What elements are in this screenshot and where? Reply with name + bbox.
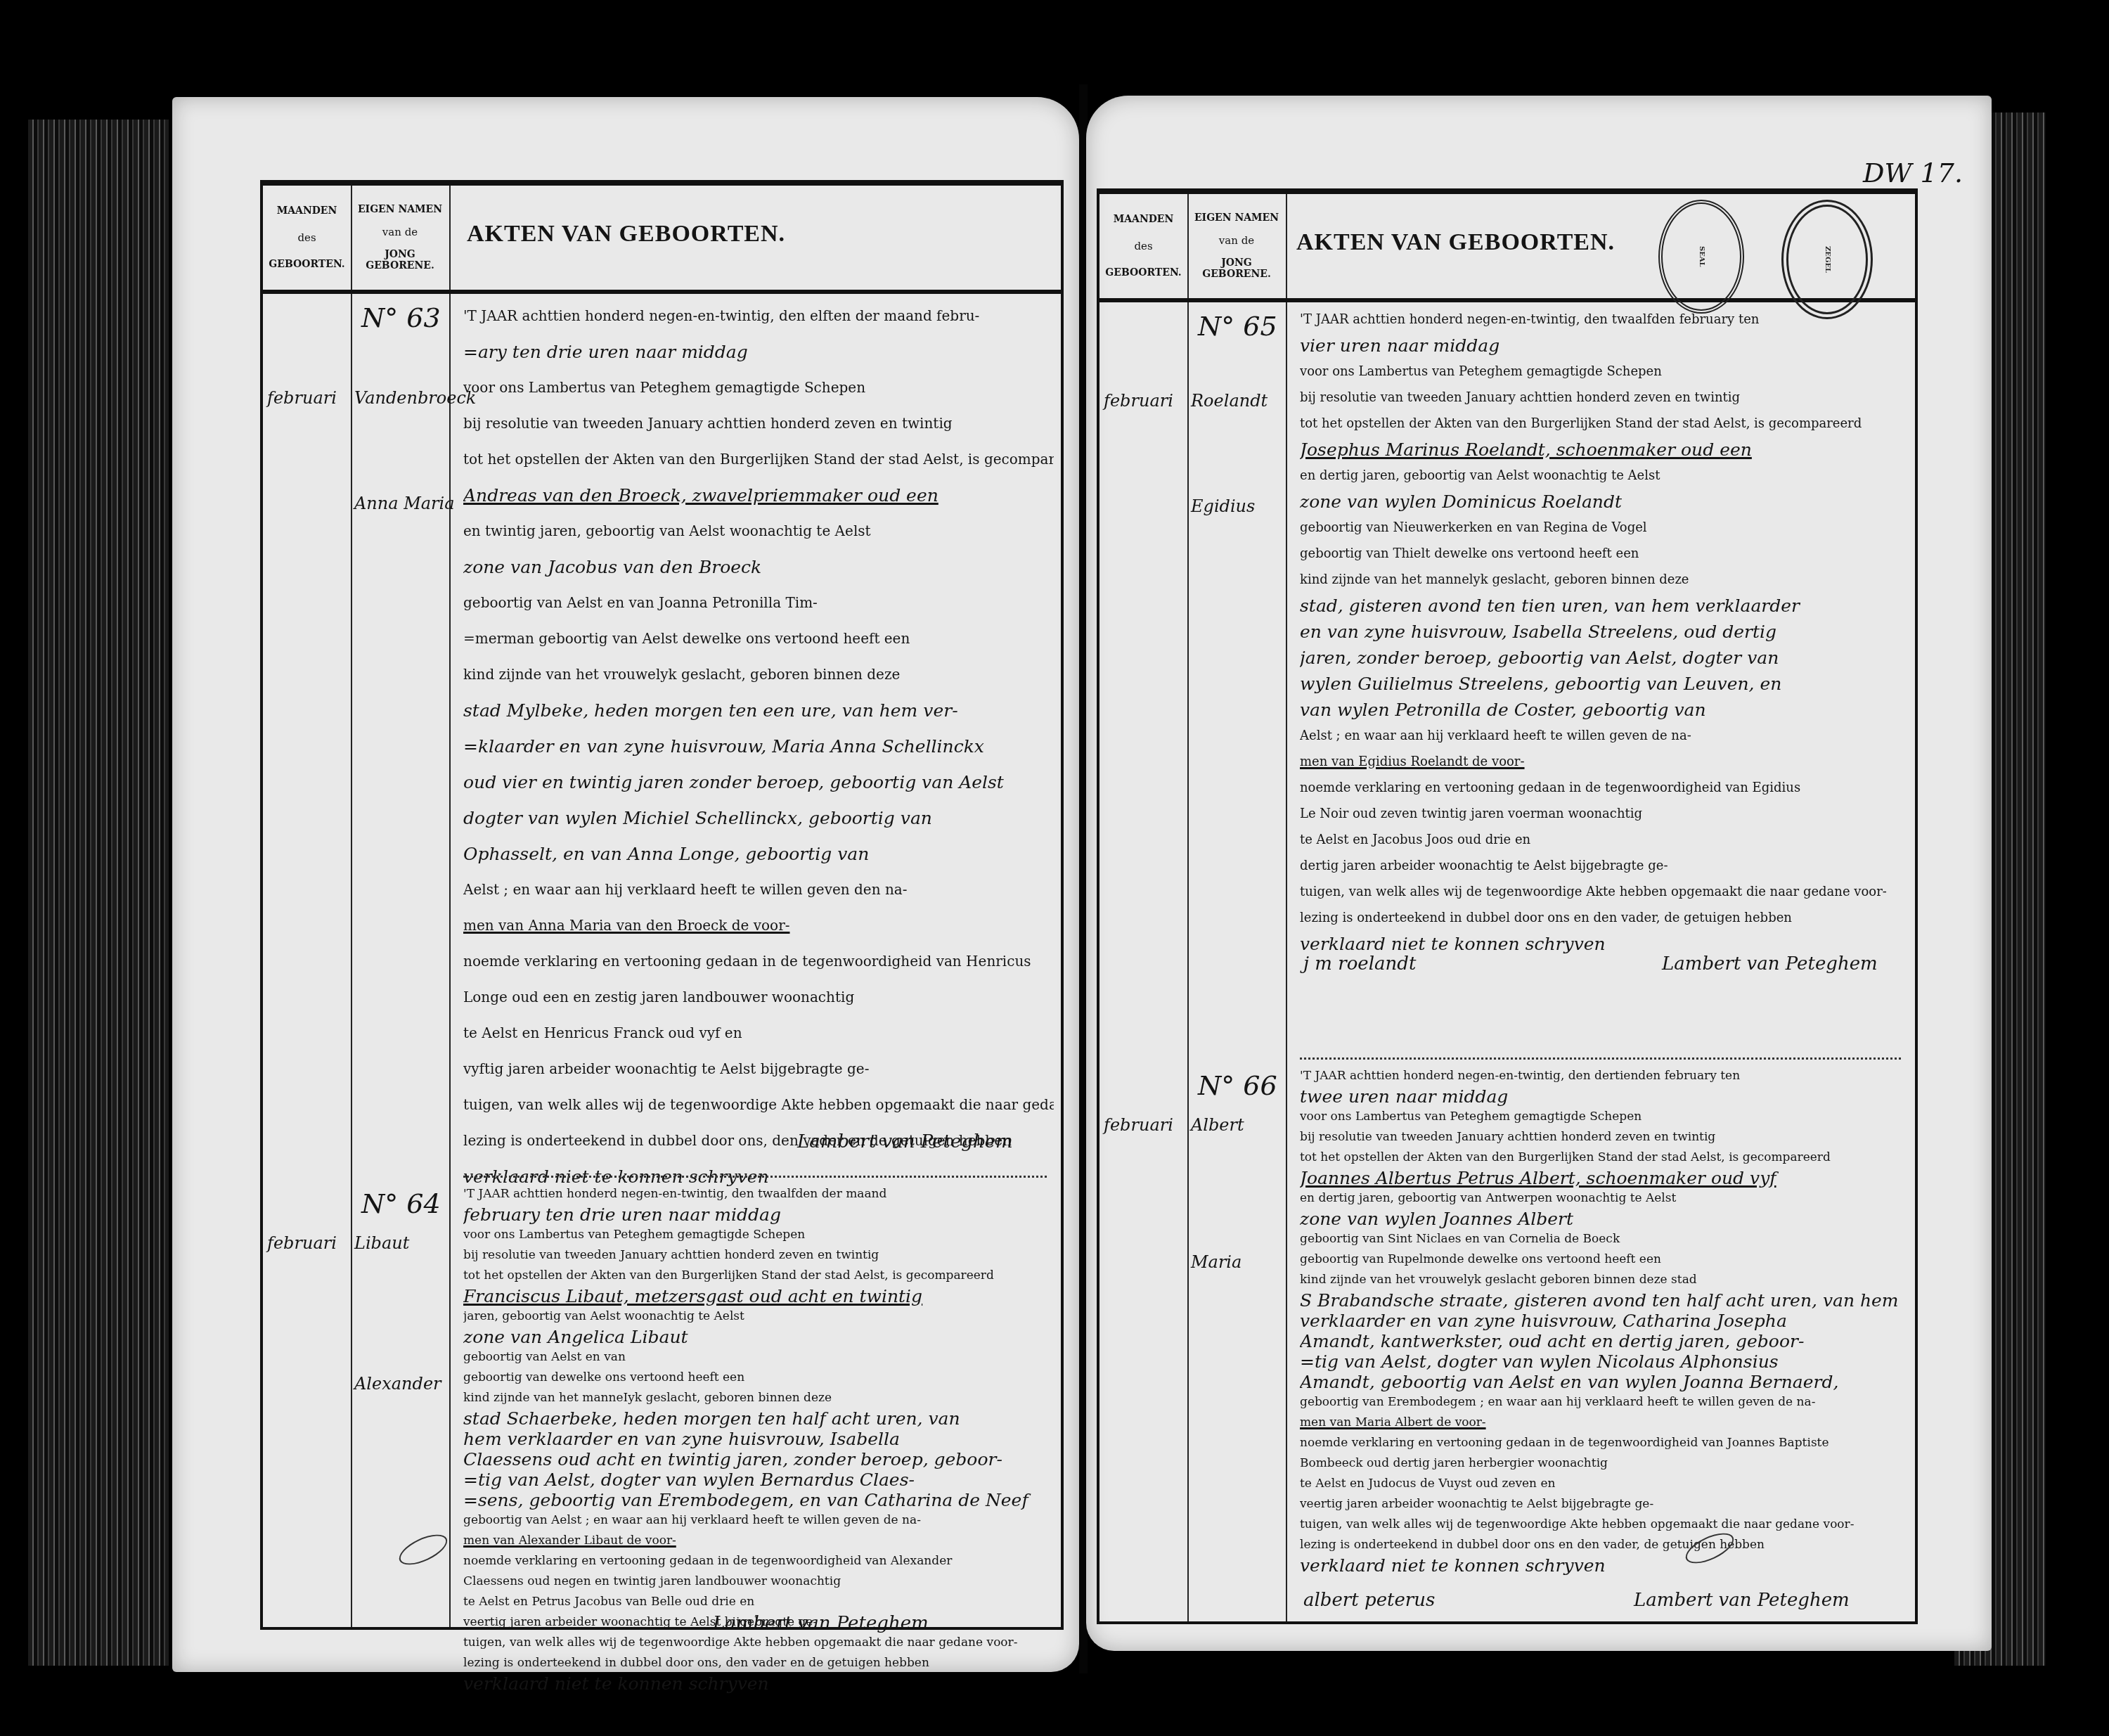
- left-page: MAANDEN des GEBOORTEN. EIGEN NAMEN van d…: [172, 97, 1079, 1672]
- entry-separator: [463, 1176, 1047, 1181]
- table-header: MAANDEN des GEBOORTEN. EIGEN NAMEN van d…: [263, 186, 1061, 294]
- signature-officer: Lambert van Peteghem: [1662, 953, 1878, 975]
- book-page-edges-left: [28, 120, 169, 1666]
- entry-number: N° 66: [1198, 1070, 1277, 1101]
- father-name: Franciscus Libaut, metzersgast oud acht …: [463, 1286, 1054, 1306]
- stamp-seal-icon: SEAL: [1658, 200, 1744, 314]
- signature-officer: Lambert van Peteghem: [713, 1613, 929, 1634]
- header-given-names: EIGEN NAMEN van de JONG GEBORENE.: [1187, 194, 1286, 298]
- register-table-left: MAANDEN des GEBOORTEN. EIGEN NAMEN van d…: [260, 180, 1064, 1630]
- folio-number: DW 17.: [1863, 157, 1963, 188]
- table-header: MAANDEN des GEBOORTEN. EIGEN NAMEN van d…: [1099, 194, 1915, 302]
- entry-text: 'T JAAR achttien honderd negen-en-twinti…: [1300, 1066, 1908, 1576]
- entry-surname: Roelandt: [1191, 391, 1268, 411]
- mother-name: verklaarder en van zyne huisvrouw, Catha…: [1300, 1311, 1908, 1331]
- entry-given-name: Alexander: [354, 1374, 441, 1394]
- entry-number: N° 63: [361, 302, 441, 333]
- entry-separator: [1300, 1057, 1901, 1062]
- register-table-right: MAANDEN des GEBOORTEN. EIGEN NAMEN van d…: [1097, 188, 1918, 1624]
- entry-given-name: Maria: [1191, 1252, 1241, 1272]
- mother-name: =klaarder en van zyne huisvrouw, Maria A…: [463, 728, 1054, 764]
- entry-text: 'T JAAR achttien honderd negen-en-twinti…: [1300, 307, 1908, 957]
- entry-month: februari: [1104, 1115, 1173, 1135]
- child-name: men van Maria Albert de voor-: [1300, 1413, 1908, 1433]
- page-title: AKTEN VAN GEBOORTEN.: [1296, 229, 1615, 256]
- entry-given-name: Egidius: [1191, 496, 1255, 516]
- entry-surname: Albert: [1191, 1115, 1244, 1135]
- right-page: DW 17. MAANDEN des GEBOORTEN. EIGEN NAME…: [1086, 96, 1992, 1651]
- signature-officer: Lambert van Peteghem: [1634, 1590, 1850, 1611]
- entry-surname: Libaut: [354, 1233, 409, 1253]
- header-months: MAANDEN des GEBOORTEN.: [263, 186, 351, 290]
- page-title: AKTEN VAN GEBOORTEN.: [467, 221, 785, 247]
- header-months: MAANDEN des GEBOORTEN.: [1099, 194, 1187, 298]
- father-name: Joannes Albertus Petrus Albert, schoenma…: [1300, 1168, 1908, 1188]
- father-name: Josephus Marinus Roelandt, schoenmaker o…: [1300, 437, 1908, 463]
- entry-month: februari: [267, 388, 337, 408]
- mother-name: en van zyne huisvrouw, Isabella Streelen…: [1300, 619, 1908, 645]
- entry-surname: Vandenbroeck: [354, 388, 476, 408]
- stamp-zegel-icon: ZEGEL: [1781, 200, 1873, 319]
- entry-month: februari: [1104, 391, 1173, 411]
- child-name: men van Anna Maria van den Broeck de voo…: [463, 908, 1054, 944]
- signature-father: j m roelandt: [1303, 953, 1416, 975]
- entry-given-name: Anna Maria: [354, 494, 455, 513]
- header-given-names: EIGEN NAMEN van de JONG GEBORENE.: [351, 186, 449, 290]
- father-name: Andreas van den Broeck, zwavelpriemmaker…: [463, 477, 1054, 513]
- child-name: men van Egidius Roelandt de voor-: [1300, 749, 1908, 775]
- mother-name: Claessens oud acht en twintig jaren, zon…: [463, 1449, 1054, 1470]
- child-name: men van Alexander Libaut de voor-: [463, 1531, 1054, 1551]
- signature-officer: Lambert van Peteghem: [797, 1131, 1013, 1152]
- entry-month: februari: [267, 1233, 337, 1253]
- entry-number: N° 65: [1198, 311, 1277, 342]
- entry-text: 'T JAAR achttien honderd negen-en-twinti…: [463, 298, 1054, 1195]
- entry-number: N° 64: [361, 1188, 441, 1219]
- signature-father: albert peterus: [1303, 1590, 1435, 1611]
